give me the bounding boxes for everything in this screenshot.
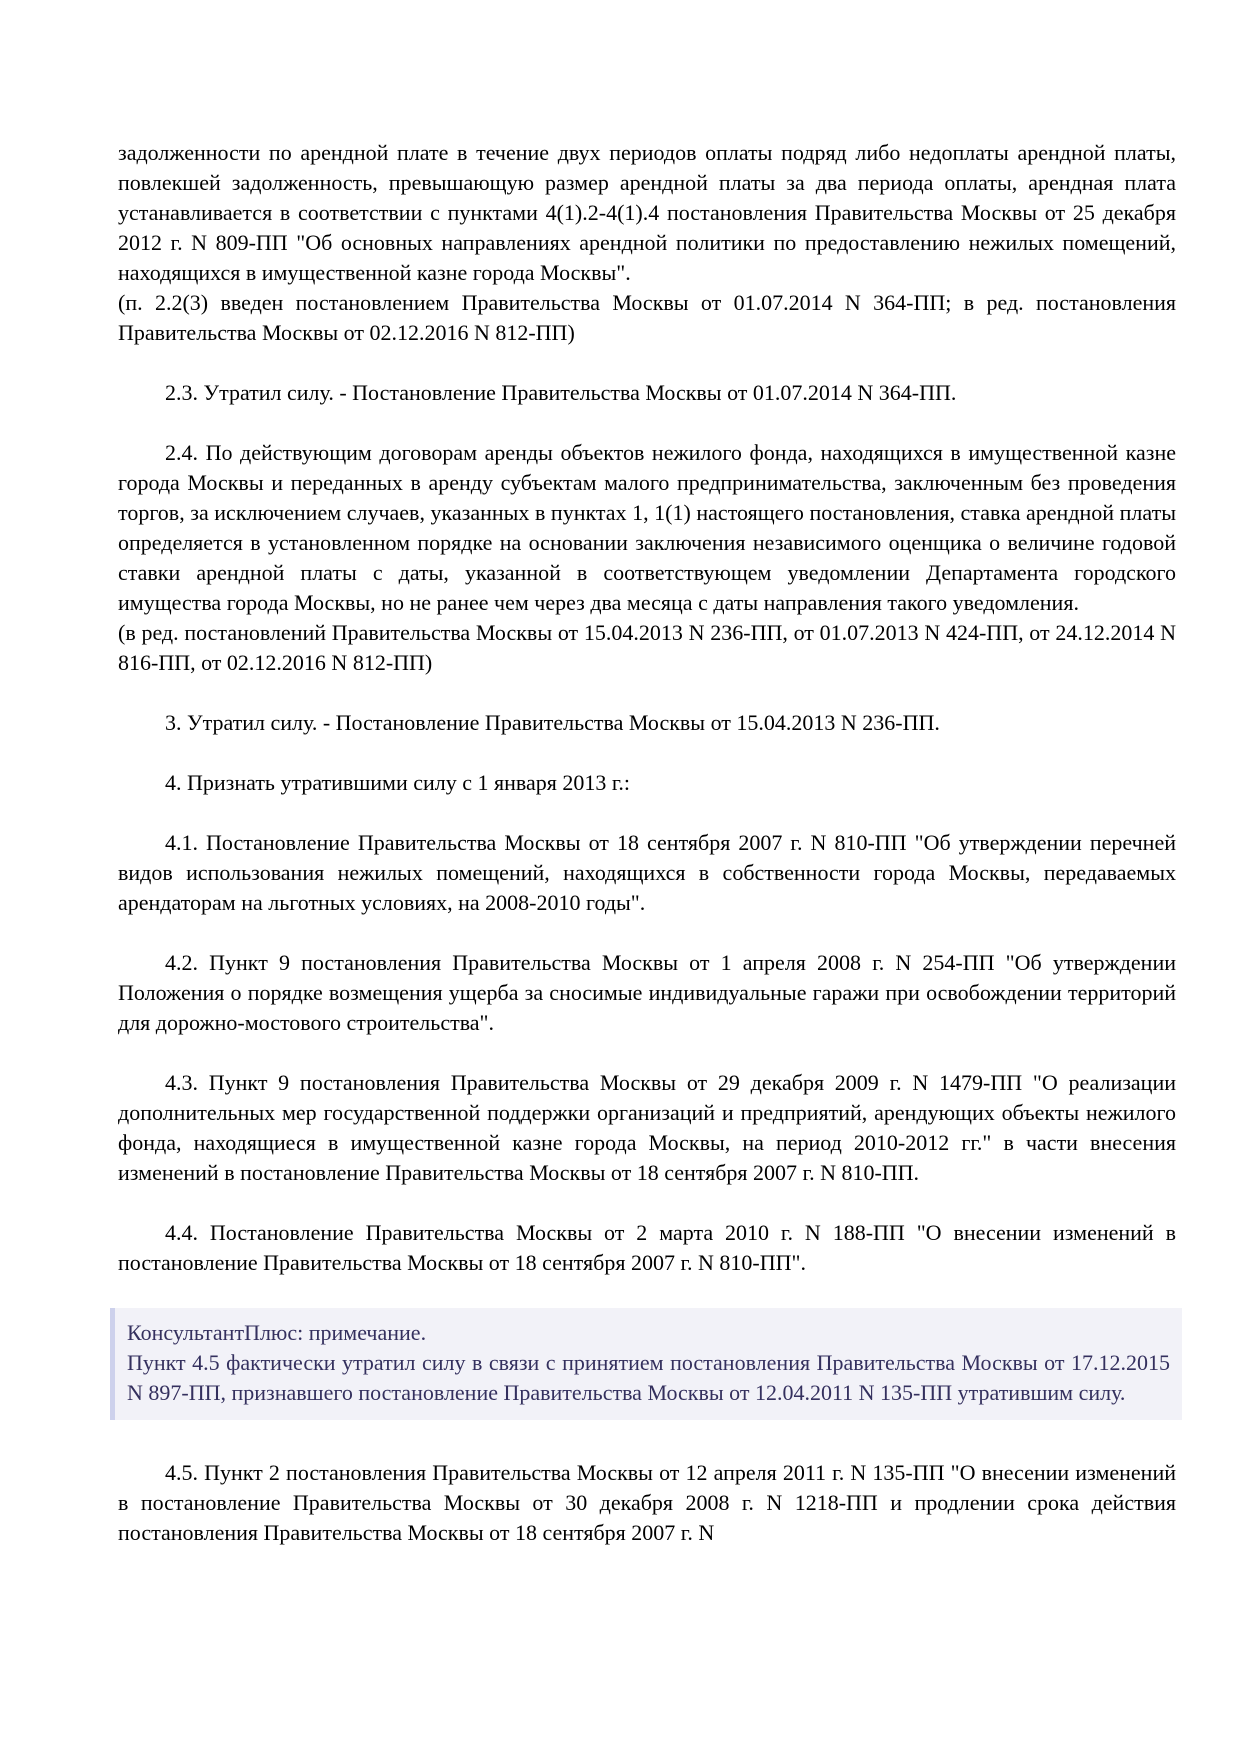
paragraph-4-2: 4.2. Пункт 9 постановления Правительства…	[118, 948, 1176, 1038]
paragraph-4-4: 4.4. Постановление Правительства Москвы …	[118, 1218, 1176, 1278]
paragraph-4: 4. Признать утратившими силу с 1 января …	[118, 768, 1176, 798]
paragraph-4-5: 4.5. Пункт 2 постановления Правительства…	[118, 1458, 1176, 1548]
paragraph-2-4: 2.4. По действующим договорам аренды объ…	[118, 438, 1176, 618]
paragraph-4-1: 4.1. Постановление Правительства Москвы …	[118, 828, 1176, 918]
consultant-plus-note: КонсультантПлюс: примечание. Пункт 4.5 ф…	[110, 1308, 1182, 1420]
note-title: КонсультантПлюс: примечание.	[127, 1318, 1170, 1348]
paragraph-2-3: 2.3. Утратил силу. - Постановление Прави…	[118, 378, 1176, 408]
amendment-note-2-4: (в ред. постановлений Правительства Моск…	[118, 618, 1176, 678]
document-page: задолженности по арендной плате в течени…	[118, 138, 1176, 1548]
paragraph-2-2-3-continuation: задолженности по арендной плате в течени…	[118, 138, 1176, 288]
amendment-note-2-2-3: (п. 2.2(3) введен постановлением Правите…	[118, 288, 1176, 348]
note-text: Пункт 4.5 фактически утратил силу в связ…	[127, 1348, 1170, 1408]
paragraph-3: 3. Утратил силу. - Постановление Правите…	[118, 708, 1176, 738]
paragraph-4-3: 4.3. Пункт 9 постановления Правительства…	[118, 1068, 1176, 1188]
